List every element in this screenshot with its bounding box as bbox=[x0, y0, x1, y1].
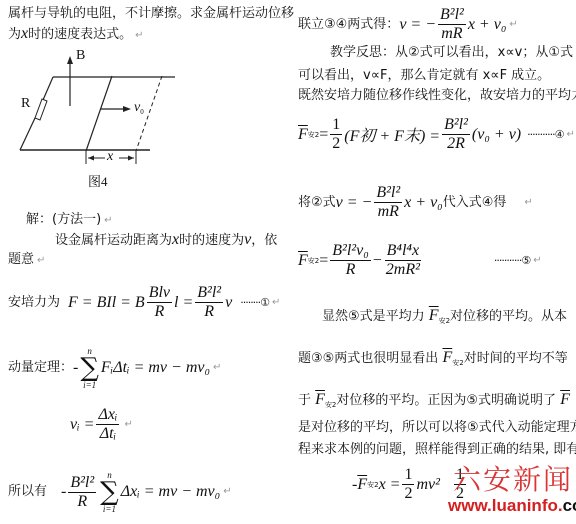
url-part-black: com bbox=[563, 496, 576, 515]
numerator: Δxᵢ bbox=[96, 406, 119, 425]
therefore-equation: 所以有 - B²l²R n∑i=1 Δxᵢ = mv − mv₀↵ bbox=[8, 470, 232, 514]
subscript: 安2 bbox=[308, 256, 319, 266]
formula-body: Δxᵢ = mv − mv₀ bbox=[121, 484, 221, 500]
F-bar: F bbox=[357, 476, 367, 494]
return-mark-icon: ↵ bbox=[524, 195, 532, 211]
intro-line-1: 属杆与导轨的电阻，不计摩擦。求金属杆运动位移 bbox=[8, 6, 294, 22]
text: 题意 bbox=[8, 252, 34, 267]
subscript: 安2 bbox=[439, 317, 450, 325]
watermark-url: www.luaninfo.com bbox=[448, 496, 576, 516]
text: 设金属杆运动距离为 bbox=[55, 233, 172, 248]
return-mark-icon: ↵ bbox=[566, 129, 574, 140]
fraction-half: 12 bbox=[330, 116, 342, 153]
solution-heading: 解：(方法一)↵ bbox=[26, 212, 113, 229]
formula-tail: mv² bbox=[416, 476, 439, 494]
fraction: B²l²v₀R bbox=[330, 242, 370, 279]
combined-equation: 联立③④两式得： v = − B²l²mR x + v₀↵ bbox=[298, 6, 518, 43]
equation-marker: ········① bbox=[240, 295, 269, 311]
equals: = bbox=[319, 252, 328, 270]
formula-mid: x = bbox=[379, 476, 401, 494]
fraction: B²l²mR bbox=[374, 184, 402, 221]
denominator: mR bbox=[376, 203, 401, 221]
average-force-equation: F安2 = 12 (F初 + F末) = B²l²2R (v₀ + v) ···… bbox=[298, 116, 575, 153]
conclusion-line-2: 题③⑤两式也很明显看出 F安2对时间的平均不等 bbox=[298, 350, 568, 371]
text: 对位移的平均。正因为⑤式明确说明了 bbox=[336, 393, 556, 408]
denominator: R bbox=[75, 493, 89, 511]
text: 为 bbox=[8, 27, 21, 42]
text: 解：(方法一) bbox=[26, 212, 101, 227]
numerator: B²l² bbox=[438, 6, 466, 25]
denominator: R bbox=[344, 261, 358, 279]
return-mark-icon: ↵ bbox=[135, 30, 143, 41]
setup-line-2: 题意↵ bbox=[8, 252, 45, 269]
text: ，依 bbox=[251, 233, 277, 248]
conclusion-line-5: 程来求本例的问题，照样能得到正确的结果, 即有:↵ bbox=[298, 442, 576, 459]
equals: = bbox=[319, 126, 328, 144]
return-mark-icon: ↵ bbox=[213, 360, 221, 376]
F-bar: F bbox=[429, 307, 439, 324]
fraction: B²l²mR bbox=[438, 6, 466, 43]
return-mark-icon: ↵ bbox=[223, 484, 231, 500]
return-mark-icon: ↵ bbox=[104, 215, 112, 226]
substitute-equation: 将②式 v = − B²l²mR x + v₀ 代入式④得↵ bbox=[298, 184, 533, 221]
numerator: B⁴l⁴x bbox=[385, 242, 421, 261]
sigma-icon: ∑ bbox=[100, 480, 119, 504]
label-x: x bbox=[107, 149, 113, 165]
formula-tail: (v₀ + v) bbox=[472, 126, 521, 144]
label-B: B bbox=[76, 48, 85, 64]
formula-tail: x + v₀ bbox=[468, 17, 507, 33]
fraction: ΔxᵢΔtᵢ bbox=[96, 406, 119, 443]
formula-tail: v bbox=[225, 295, 232, 311]
formula-lhs: v = − bbox=[399, 17, 436, 33]
summation: n∑i=1 bbox=[80, 346, 99, 390]
label: 安培力为 bbox=[8, 295, 60, 311]
fraction: BlvR bbox=[147, 284, 172, 321]
label-v0: v0 bbox=[134, 100, 144, 116]
momentum-theorem-equation: 动量定理： - n∑i=1 FᵢΔtᵢ = mv − mv₀↵ bbox=[8, 346, 221, 390]
sigma-icon: ∑ bbox=[80, 356, 99, 380]
subscript: 安2 bbox=[452, 359, 463, 367]
numerator: Blv bbox=[147, 284, 172, 303]
reflection-line-3: 既然安培力随位移作线性变化，故安培力的平均力↵ bbox=[298, 88, 576, 105]
denominator: mR bbox=[439, 25, 464, 43]
return-mark-icon: ↵ bbox=[124, 419, 132, 430]
lower-limit: i=1 bbox=[83, 380, 96, 390]
minus-sign: − bbox=[373, 252, 382, 270]
summation: n∑i=1 bbox=[100, 470, 119, 514]
formula-lhs: F = BIl = B bbox=[68, 295, 145, 311]
F-bar: F bbox=[315, 391, 325, 408]
return-mark-icon: ↵ bbox=[509, 17, 517, 33]
return-mark-icon: ↵ bbox=[272, 295, 280, 311]
watermark: 六安新闻网 bbox=[453, 458, 576, 498]
reflection-line-1: 教学反思：从②式可以看出，x∝v；从①式 bbox=[330, 45, 573, 61]
fraction: B²l²R bbox=[68, 474, 96, 511]
velocity-equation: vᵢ = ΔxᵢΔtᵢ↵ bbox=[70, 406, 133, 443]
minus-sign: - bbox=[73, 360, 78, 376]
subscript: 安2 bbox=[367, 480, 378, 490]
fraction: B²l²R bbox=[195, 284, 223, 321]
numerator: B²l² bbox=[195, 284, 223, 303]
denominator: Δtᵢ bbox=[98, 425, 118, 443]
conclusion-line-1: 显然⑤式是平均力 F安2对位移的平均。从本 bbox=[322, 308, 567, 329]
fraction: B⁴l⁴x2mR² bbox=[384, 242, 422, 279]
subscript: 安2 bbox=[325, 401, 336, 409]
label-R: R bbox=[21, 96, 30, 112]
formula-mid: (F初 + F末) = bbox=[344, 123, 440, 146]
label: 动量定理： bbox=[8, 360, 73, 376]
lower-limit: i=1 bbox=[103, 504, 116, 514]
label: 联立③④两式得： bbox=[298, 17, 399, 33]
denominator: 2R bbox=[445, 135, 467, 153]
conclusion-line-4: 是对位移的平均，所以可以将⑤式代入动能定理方 bbox=[298, 420, 576, 436]
equation-marker: ···········⑤ bbox=[494, 254, 530, 267]
text: 显然⑤式是平均力 bbox=[322, 309, 425, 324]
result-equation: F安2 = B²l²v₀R − B⁴l⁴x2mR² ···········⑤↵ bbox=[298, 242, 542, 279]
subscript: 0 bbox=[140, 108, 144, 116]
rail-diagram bbox=[10, 48, 185, 188]
denominator: 2 bbox=[330, 135, 342, 153]
return-mark-icon: ↵ bbox=[37, 255, 45, 266]
text: 于 bbox=[298, 393, 311, 408]
equation-marker: ···········④ bbox=[527, 128, 563, 141]
text: 对时间的平均不等 bbox=[464, 351, 568, 366]
setup-line-1: 设金属杆运动距离为x时的速度为v，依 bbox=[55, 232, 277, 249]
F-bar: F bbox=[560, 391, 570, 408]
text: 将②式 bbox=[298, 195, 336, 211]
formula-tail: x + v₀ bbox=[404, 195, 443, 211]
numerator: B²l² bbox=[442, 116, 470, 135]
text: 既然安培力随位移作线性变化，故安培力的平均力 bbox=[298, 88, 576, 103]
text: 程来求本例的问题，照样能得到正确的结果, 即有: bbox=[298, 442, 576, 457]
url-part-red: www.luaninfo. bbox=[448, 496, 563, 515]
text: 代入式④得 bbox=[443, 195, 507, 211]
numerator: 1 bbox=[330, 116, 342, 135]
formula-lhs: vᵢ = bbox=[70, 416, 94, 434]
F-bar: F bbox=[298, 126, 308, 144]
denominator: R bbox=[202, 303, 216, 321]
fraction: B²l²2R bbox=[442, 116, 470, 153]
F-bar: F bbox=[442, 349, 452, 366]
ampere-force-equation: 安培力为 F = BIl = B BlvR l = B²l²R v ······… bbox=[8, 284, 280, 321]
label: 所以有 bbox=[8, 484, 47, 500]
denominator: 2 bbox=[402, 485, 414, 503]
text: 对位移的平均。从本 bbox=[450, 309, 567, 324]
watermark-logo-text: 六安新闻网 bbox=[453, 458, 576, 498]
text: 题③⑤两式也很明显看出 bbox=[298, 351, 438, 366]
F-bar: F bbox=[298, 252, 308, 270]
numerator: B²l² bbox=[374, 184, 402, 203]
figure-4: B R v0 x 图4 bbox=[10, 48, 185, 188]
text: 时的速度表达式。 bbox=[28, 27, 132, 42]
subscript: 安2 bbox=[308, 130, 319, 140]
numerator: B²l²v₀ bbox=[330, 242, 370, 261]
formula-lhs: v = − bbox=[336, 195, 373, 211]
figure-caption: 图4 bbox=[88, 171, 108, 190]
conclusion-line-3: 于 F安2对位移的平均。正因为⑤式明确说明了 F bbox=[298, 392, 570, 413]
text: 时的速度为 bbox=[179, 233, 244, 248]
minus-sign: - bbox=[61, 484, 66, 500]
numerator: 1 bbox=[402, 466, 414, 485]
denominator: R bbox=[152, 303, 166, 321]
fraction-half: 12 bbox=[402, 466, 414, 503]
denominator: 2mR² bbox=[384, 261, 422, 279]
formula-body: FᵢΔtᵢ = mv − mv₀ bbox=[101, 360, 210, 376]
formula-mid: l = bbox=[174, 295, 193, 311]
return-mark-icon: ↵ bbox=[533, 255, 541, 266]
reflection-line-2: 可以看出，v∝F，那么肯定就有 x∝F 成立。 bbox=[298, 68, 550, 84]
intro-line-2: 为x时的速度表达式。↵ bbox=[8, 26, 144, 44]
numerator: B²l² bbox=[68, 474, 96, 493]
